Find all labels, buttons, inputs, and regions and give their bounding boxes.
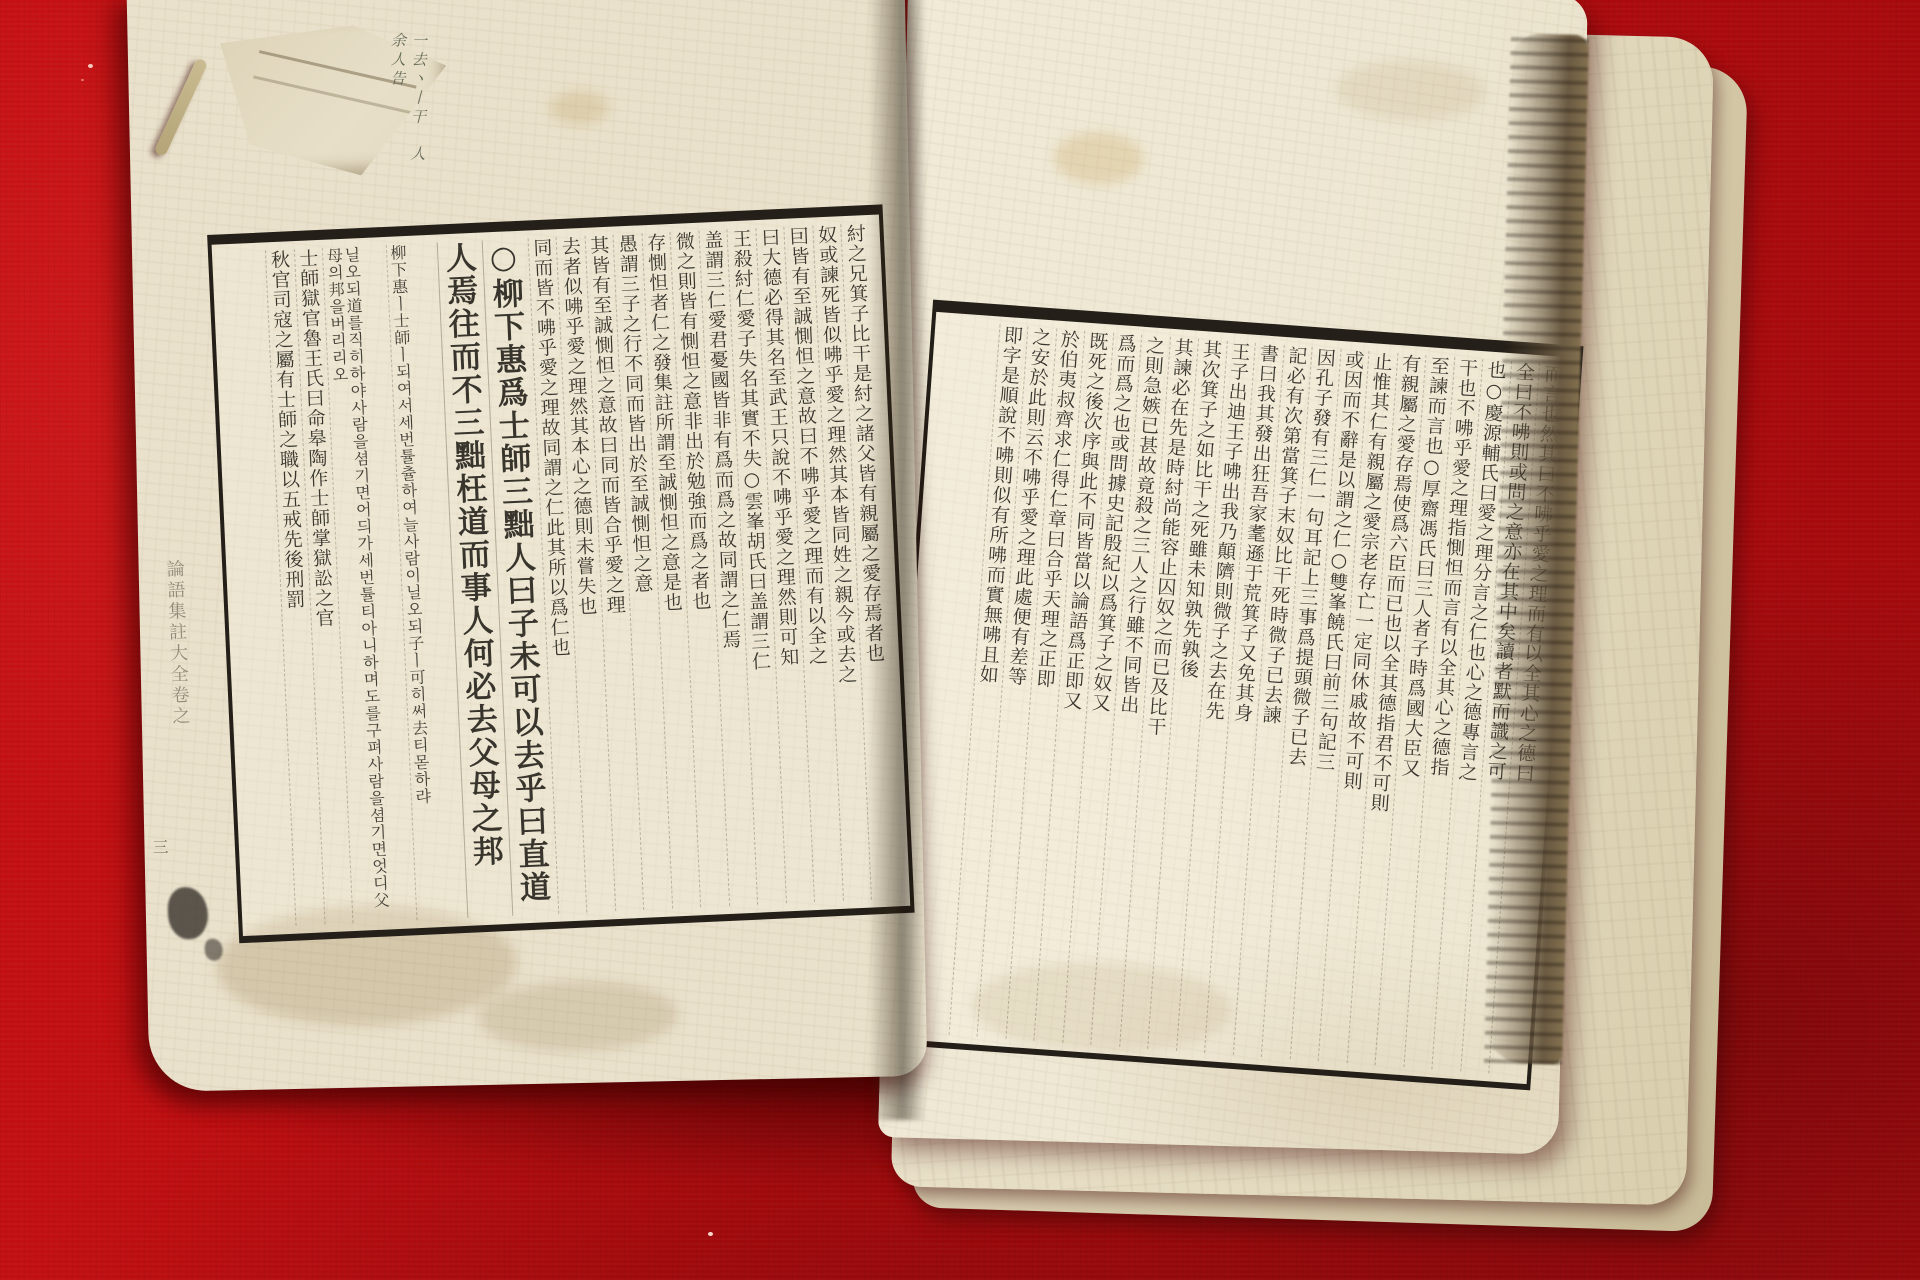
right-page: 而言也然其曰不咈乎愛之理而有以全其心之德曰全曰不咈則或問之意亦在其中矣讀者默而識… bbox=[878, 0, 1588, 1155]
age-stain bbox=[1053, 131, 1144, 185]
age-stain bbox=[549, 90, 610, 125]
folded-spine-title: 論語集註大全卷之 bbox=[160, 559, 204, 1030]
fabric-lint-specks bbox=[88, 64, 93, 68]
left-page: 一去丶丨干 人余人告 紂之兄箕子比干是紂之諸父皆有親屬之愛存焉者也奴或諫死皆似咈… bbox=[127, 0, 928, 1092]
leaf-number-mark: 三 bbox=[152, 835, 168, 858]
age-stain bbox=[477, 979, 678, 1053]
ink-blotch bbox=[204, 938, 222, 960]
right-text-frame: 而言也然其曰不咈乎愛之理而有以全其心之德曰全曰不咈則或問之意亦在其中矣讀者默而識… bbox=[880, 300, 1584, 1091]
page-gutter-shadow bbox=[868, 0, 926, 1120]
handwritten-note: 一去丶丨干 bbox=[409, 32, 428, 127]
age-stain bbox=[1335, 59, 1487, 123]
left-page-columns: 紂之兄箕子比干是紂之諸父皆有親屬之愛存焉者也奴或諫死皆似咈乎愛之理然其本皆同姓之… bbox=[212, 215, 911, 937]
binding-thread bbox=[154, 57, 209, 156]
left-text-frame: 紂之兄箕子比干是紂之諸父皆有親屬之愛存焉者也奴或諫死皆似咈乎愛之理然其本皆同姓之… bbox=[207, 204, 914, 943]
right-page-columns: 而言也然其曰不咈乎愛之理而有以全其心之德曰全曰不咈則或問之意亦在其中矣讀者默而識… bbox=[884, 312, 1578, 1084]
handwritten-margin-notes: 一去丶丨干 人余人告 bbox=[386, 32, 430, 183]
photo-scene: 而言也然其曰不咈乎愛之理而有以全其心之德曰全曰不咈則或問之意亦在其中矣讀者默而識… bbox=[0, 0, 1920, 1280]
ink-blotch bbox=[167, 887, 208, 940]
